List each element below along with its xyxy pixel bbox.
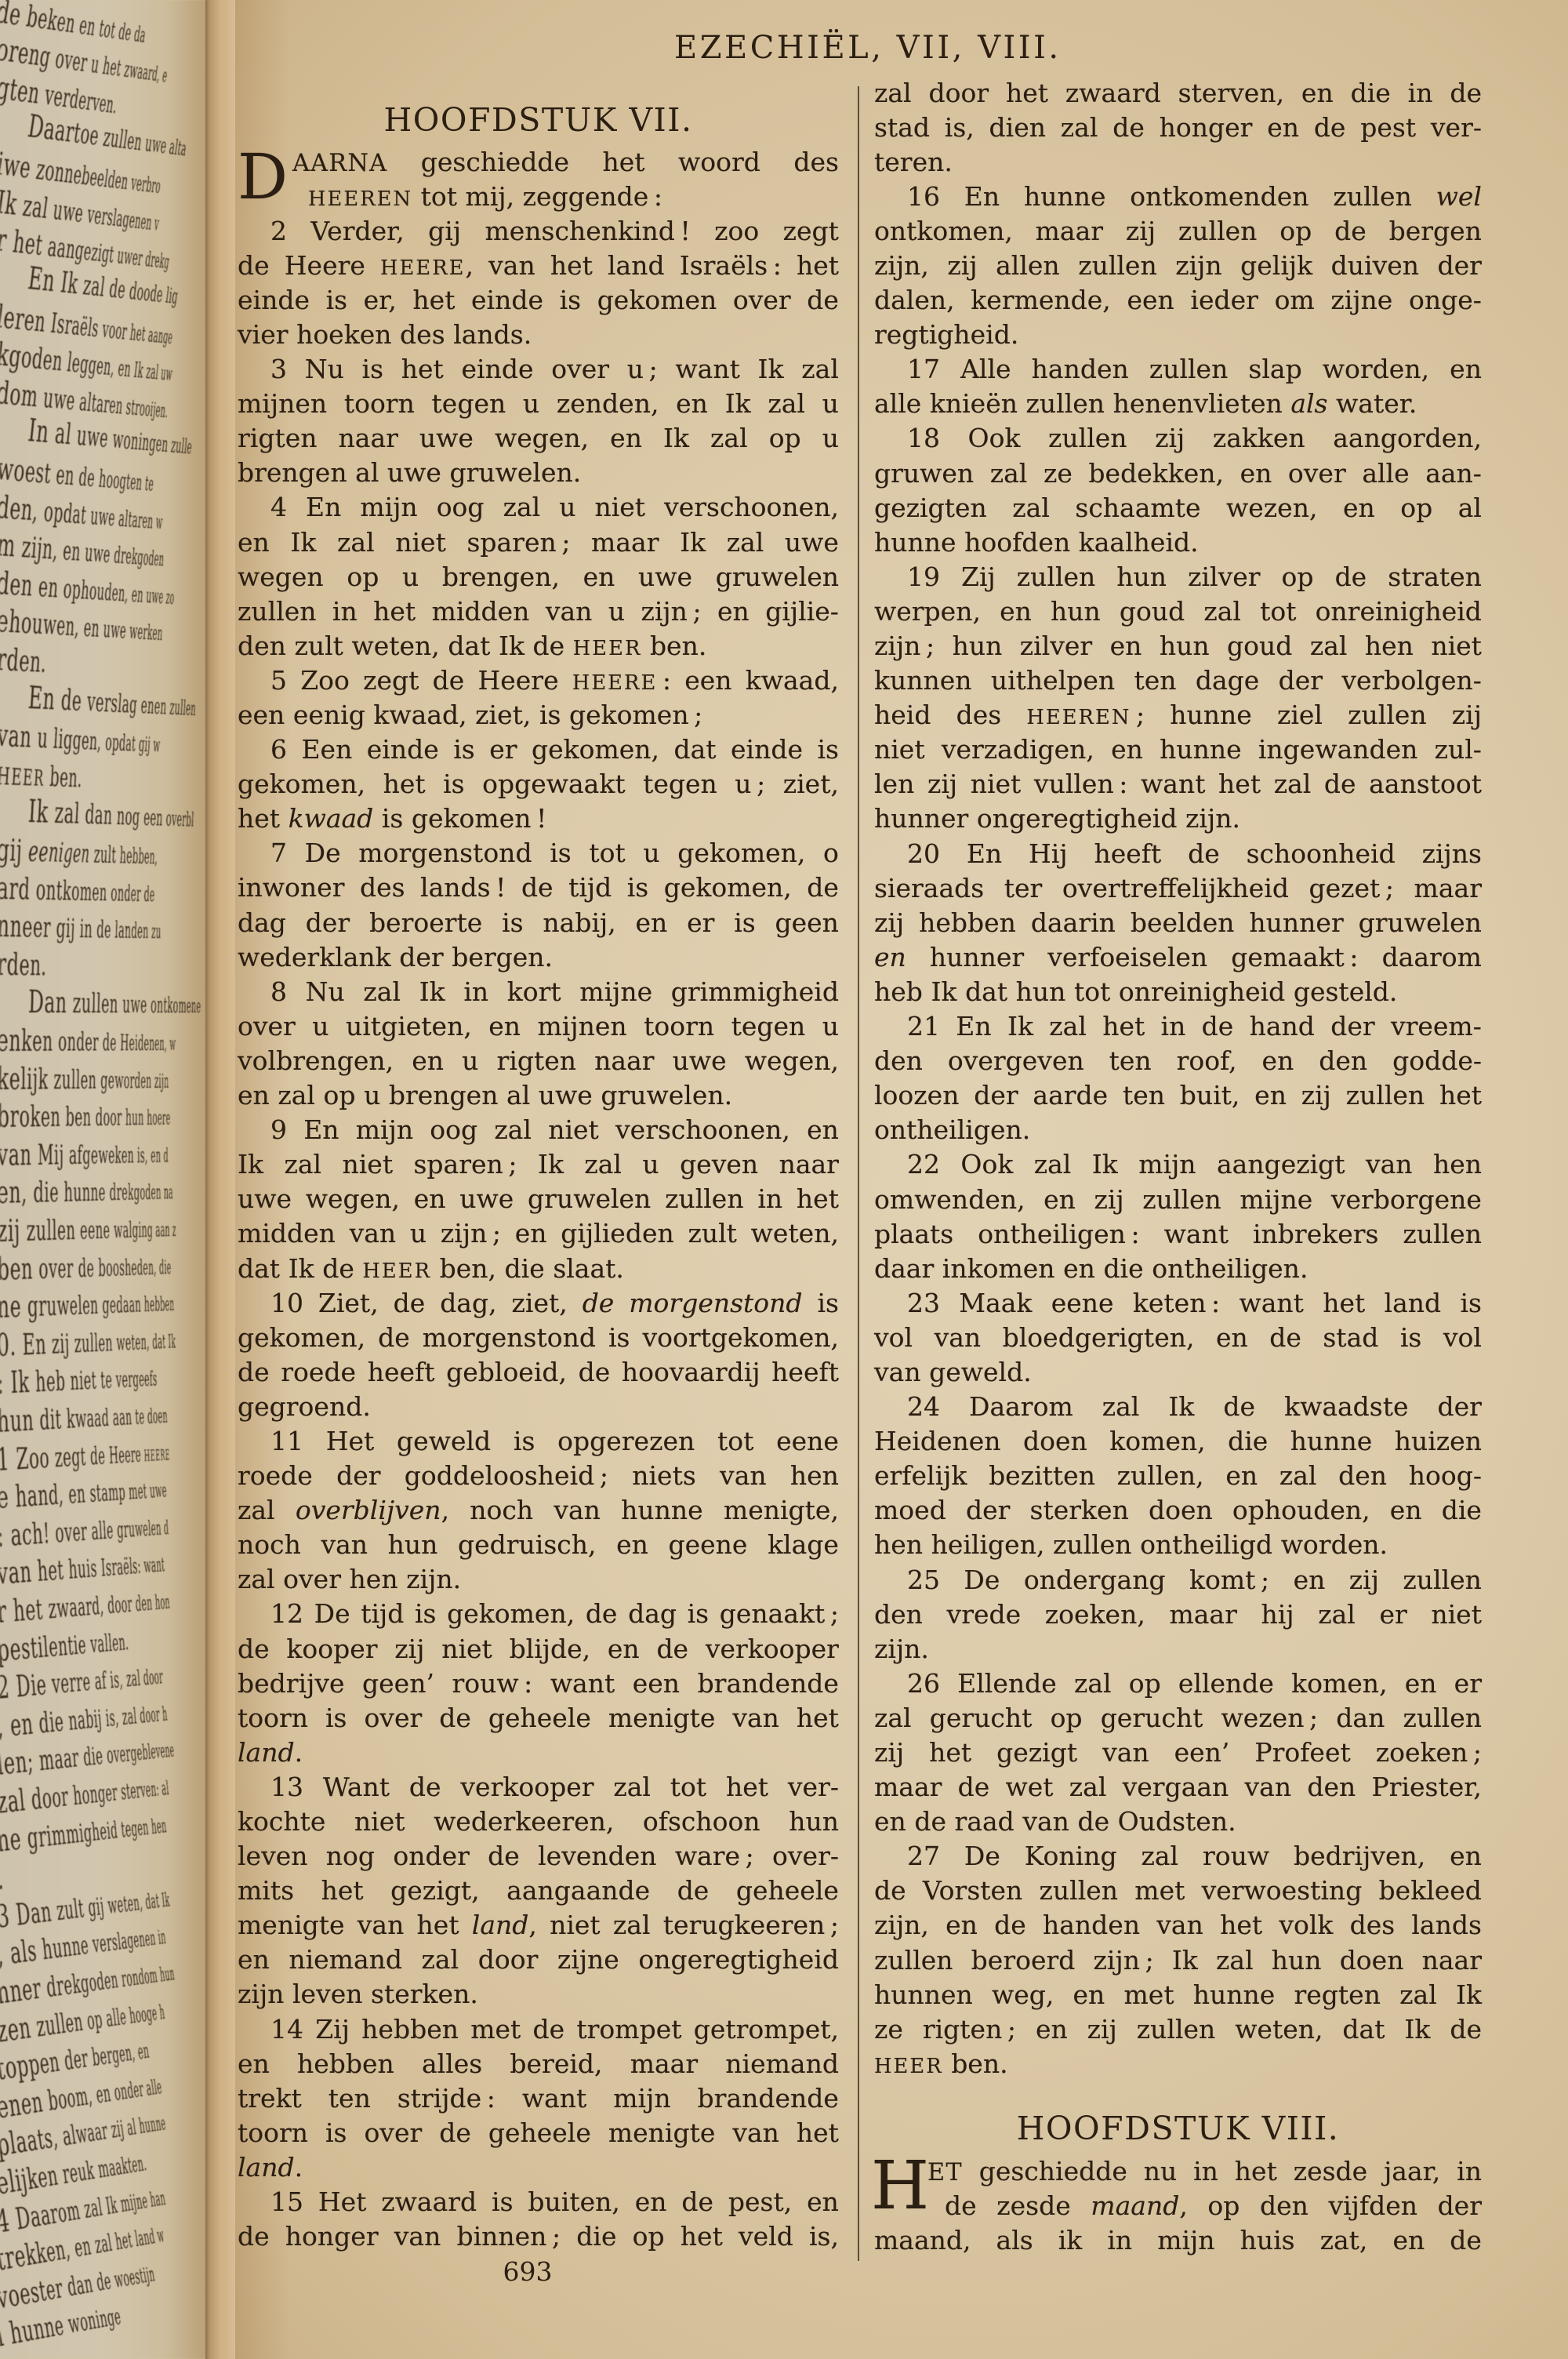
word: sieraads [874,871,984,906]
word: Heidenen, [120,1030,167,1056]
word: en [136,2040,151,2065]
word: zal [20,189,49,225]
word: een [1127,283,1174,318]
word: de [238,1632,270,1667]
word: 3 [270,352,287,387]
word: morgenstond [358,836,532,871]
word: bedekken, [1088,456,1224,491]
word: er [489,732,517,767]
word: de [1450,76,1482,111]
text-line: maand,alsikinmijnhuiszat,ende [874,2223,1482,2258]
word: der [1438,2189,1482,2223]
facing-page: de beken en tot de daoreng over u het zw… [0,0,207,2359]
word: ellende [1178,1667,1274,1701]
word: de [874,1874,906,1908]
text-line: vierhoekendeslands. [238,318,839,352]
word: land [133,2226,156,2252]
text-line: Heidenendoenkomen,diehunnehuizen [874,1424,1482,1459]
word: wel [1436,180,1482,214]
word: einde [471,283,543,318]
word: hunne [41,1932,90,1967]
word: niets [632,1459,696,1493]
text-line: middenvanuzijn ;engijliedenzultweten, [238,1216,839,1251]
word: uwe [419,421,474,456]
word: en [1450,352,1482,387]
word: hun [1016,975,1066,1009]
word: zoo [714,214,759,249]
word: want [1239,1286,1303,1321]
word: 4 [0,2203,12,2240]
word: is [514,1424,535,1459]
word: als [1290,387,1327,421]
word: de [914,1805,946,1839]
word: en [616,1528,648,1562]
word: al [1458,491,1482,525]
word: En [964,180,1000,214]
text-line: dekooperzijnietblijde,endeverkooper [238,1632,839,1667]
text-line: zaldoorhetzwaardsterven,endieinde [874,76,1482,111]
word: hun [1160,629,1210,663]
word: zal [125,1667,141,1692]
word: zwaard [381,2185,477,2219]
word: en [515,1216,547,1251]
word: zat, [1320,2223,1368,2258]
word: want [143,1554,165,1578]
word: Zoo [300,663,350,698]
word: tot [589,836,625,871]
word: zal [874,1701,912,1736]
word: en [635,2185,667,2219]
word: volbrengen, [238,1044,394,1078]
italic-text: land [472,1910,529,1940]
word: en [238,1078,270,1113]
word: d [164,1144,169,1166]
word: niet [70,1367,97,1397]
word: Ook [968,421,1021,456]
word: de [409,1770,441,1805]
verse-start-line: 18Ookzullenzijzakkenaangorden, [874,421,1482,456]
word: 15 [270,2185,303,2219]
word: 8 [270,975,287,1009]
word: w [169,1033,176,1054]
word: u [89,50,101,78]
word: de [78,1254,94,1283]
word: zal [54,796,81,830]
word: vijfden [1328,2189,1417,2223]
word: die [82,1743,104,1772]
word: door [478,1943,539,1977]
word: ingewanden [1258,732,1418,767]
word: de [95,2268,113,2297]
word: onreinigheid [1119,975,1285,1009]
word: 7 [270,836,287,871]
word: allen [996,249,1060,283]
word: ben, [440,1252,496,1286]
facing-page-line: nneer gij in de landen zu [0,907,162,946]
word: al [506,1078,530,1113]
word: kochte [238,1805,325,1839]
word: brengen [238,456,347,490]
word: veld [739,2219,793,2254]
word: zij [874,906,904,940]
word: hebben [361,2012,459,2047]
word: wegen, [495,421,589,456]
word: 18 [907,421,940,456]
text-line: eindeiser,heteindeisgekomenoverde [238,283,839,318]
word: gruwelen. [601,1078,732,1113]
word: Ik [27,794,49,830]
word: die [1351,76,1391,111]
text-line: mitshetgezigt,aangaandedegeheele [238,1874,839,1908]
facing-page-line: e hand, en stamp met uwe [0,1479,167,1518]
word: al [125,2115,138,2141]
word: boom, [46,2081,94,2117]
word: de [945,2189,977,2223]
word: om [1275,283,1315,318]
word: zult [688,1216,736,1251]
word: r [0,222,9,259]
word: zegt [783,214,839,249]
word: der [63,2045,90,2077]
word: der [306,906,350,940]
word: gezigt [996,1736,1077,1770]
word: want [1141,767,1205,801]
facing-page-line: van u liggen, opdat gij w [0,717,161,758]
word: doode [128,278,165,307]
word: h [158,2001,166,2023]
word: menschenkind ! [485,214,690,249]
word: HEER [573,629,642,666]
word: het [1006,76,1048,111]
word: wederkeeren, [434,1805,614,1839]
word: heeft [1094,837,1161,871]
word: de [107,274,127,304]
word: werpen, [874,594,981,629]
word: van [0,1556,32,1592]
word: 11 [270,1424,303,1459]
word: een [633,1667,680,1701]
word: de [1324,767,1356,801]
word: verre [51,1668,92,1700]
word: Ik [1007,1009,1033,1044]
word: sterken [1030,1493,1129,1528]
word: niemand [289,1943,402,1977]
word: ontheiligd [1140,1528,1272,1562]
italic-text: de [583,1288,615,1318]
small-caps-text: HEER [0,762,45,791]
verse-start-line: 23Maakeeneketen :wanthetlandis [874,1286,1482,1321]
word: moed [874,1493,946,1528]
word: uwe [122,990,147,1019]
word: de [439,1701,471,1736]
word: zullen [53,1064,96,1096]
word: Ik [104,2192,119,2219]
verse-start-line: 4Enmijnoogzalunietverschoonen, [238,490,839,525]
word: sparen ; [414,1147,517,1182]
word: vreem- [1391,1009,1482,1044]
word: hunne [1290,1424,1373,1459]
word: Ik [1456,1978,1482,2012]
facing-page-line: . [0,1860,5,1899]
word: omwenden, [874,1183,1025,1217]
word: het [1220,1908,1262,1943]
word: in [157,1926,167,1949]
word: sterven, [1178,76,1284,111]
word: en [238,525,270,560]
word: tegen [120,1816,150,1842]
word: toorn [644,1009,714,1044]
text-line: land. [238,2150,839,2185]
word: 5 [270,663,287,698]
word: 19 [907,560,940,594]
word: ontkomene [151,993,201,1019]
word: en [1225,1459,1258,1493]
word: stamp [89,1480,126,1508]
word: u [523,387,539,421]
word: Zij [315,2012,350,2047]
text-line: zulleninhetmiddenvanuzijn ;engijlie- [238,594,839,629]
word: die [159,1256,172,1279]
word: ziel [1277,698,1323,732]
word: hen [151,1815,168,1838]
word: overtreffelijkheid [1062,871,1289,906]
word: Ik [132,358,144,383]
word: nner [0,1972,43,2012]
word: hoogten [97,465,143,495]
facing-page-line: gij eenigen zult hebben, [0,831,158,870]
text-line: toornisoverdegeheelemenigtevanhet [238,1701,839,1736]
word: rden. [0,947,47,983]
word: nneer [0,908,52,944]
word: ziet, [475,698,531,732]
small-caps-text: HEERE [380,256,465,280]
word: : [0,1365,5,1401]
word: de [433,663,465,698]
word: zullen [238,594,317,629]
word: is, [945,111,975,145]
word: u [402,560,419,594]
word: de [103,1029,117,1056]
facing-page-line: 1 Zoo zegt de Heere HEERE [0,1441,170,1480]
word: len [874,767,914,801]
word: de [1223,1390,1255,1424]
word: een [238,698,285,732]
text-line: gruwenzalzebedekken,enoveralleaan- [874,456,1482,491]
facing-page-line: 2 Die verre af is, zal door [0,1666,164,1708]
word: zijn [1175,249,1221,283]
text-line: uwewegen,enuwegruwelenzulleninhet [238,1182,839,1216]
word: De [305,836,341,871]
word: alle [1362,456,1409,491]
word: des [1350,1908,1396,1943]
word: l [0,2318,6,2354]
word: zal [1274,767,1312,801]
word: De [964,1839,1000,1874]
word: zenden, [557,387,659,421]
word: zegt [363,663,419,698]
word: de [807,283,839,318]
word: de [238,249,270,283]
word: 16 [907,180,940,214]
word: het [321,1874,364,1908]
word: ben [0,1252,33,1288]
word: overblijven, [296,1493,449,1528]
word: die [505,1252,545,1286]
word: maar [1036,214,1103,249]
word: toorn [238,2116,308,2150]
word: den [1260,2189,1308,2223]
word: grimmigheid [671,975,839,1009]
word: kooper [286,1632,377,1667]
word: zwaard, [47,1593,104,1626]
chapter-heading-vii: HOOFDSTUK VII. [238,100,839,140]
word: zullen [1137,2012,1216,2047]
word: is [492,2185,514,2219]
word: HEEREN ; [1026,698,1145,735]
word: dat [152,1330,166,1353]
word: bedrijve [238,1667,345,1701]
word: Ziet, [318,1286,379,1321]
text-line: eeneenigkwaad,ziet,isgekomen ; [238,698,839,732]
word: ben. [650,629,706,663]
word: door [143,1666,164,1690]
word: verwoesting [1202,1874,1363,1908]
word: Heere [285,249,365,283]
word: slap [1248,352,1301,387]
word: het [726,1770,768,1805]
word: hunne [1160,732,1242,767]
word: en [1110,629,1142,663]
word: dat [238,1252,280,1286]
word: der [1330,1009,1374,1044]
word: zal [801,352,839,387]
word: zullen [1403,1563,1482,1598]
word: zal [93,2230,114,2259]
word: zij [874,1736,904,1770]
text-line: zalgeruchtopgeruchtwezen ;danzullen [874,1701,1482,1736]
word: het [383,767,426,801]
word: en [1262,1044,1294,1078]
word: den [1338,1459,1387,1493]
word: brandende [698,1667,839,1701]
word: het [602,145,644,180]
word: zal [1049,1009,1087,1044]
word: erfelijk [874,1459,967,1493]
word: den [135,1591,153,1616]
word: geweld. [929,1355,1032,1390]
word: ontkomen, [874,214,1013,249]
word: is [560,283,582,318]
word: gekomen, [677,836,805,871]
word: gezigt, [390,1874,479,1908]
word: HEERE [143,1442,170,1466]
word: strooijen. [125,394,169,422]
word: hen [1433,1147,1482,1182]
word: in [757,1182,782,1216]
word: der [966,1493,1010,1528]
word: niet [971,767,1022,801]
word: Ik [758,352,784,387]
word: het [797,249,839,283]
word: Alle [960,352,1011,387]
word: en [55,460,76,492]
text-line: rigtennaaruwewegen,enIkzalopu [238,421,839,456]
word: van [720,1459,767,1493]
word: hunner [930,940,1024,975]
chapter-heading-viii: HOOFDSTUK VIII. [874,2109,1482,2148]
word: kaalheid. [1079,525,1199,560]
word: buiten, [528,2185,619,2219]
word: gruwelen [116,1517,162,1543]
word: nog [326,1839,375,1874]
word: mijn [1157,2223,1214,2258]
word: kwaadste [1284,1390,1408,1424]
word: pestilentie [0,1630,87,1669]
text-line: sieraadsterovertreffelijkheidgezet ;maar [874,871,1482,906]
facing-page-line: r het zwaard, door den hon [0,1590,171,1631]
word: en [608,1632,640,1667]
word: uwe [673,1044,727,1078]
word: en [1450,1839,1482,1874]
word: Ik [168,1331,176,1353]
word: de [807,871,839,905]
word: Ik [538,1147,564,1182]
facing-page-line: woest en de hoogten te [0,450,154,496]
column-divider [858,86,859,2261]
word: hoeken [296,318,391,352]
word: Dan [14,1896,53,1932]
word: en [676,387,708,421]
word: verfoeiselen [1047,940,1207,975]
word: de [579,1355,611,1390]
word: drekg [144,248,171,273]
word: zal [1141,1839,1178,1874]
word: is [1400,1321,1422,1355]
word: het [13,1594,44,1629]
word: de [1334,214,1367,249]
word: In [27,413,51,449]
word: zullen [1053,1528,1132,1562]
word: regtigheid. [874,318,1018,352]
word: tot [1260,594,1296,629]
word: is [550,836,572,871]
word: doen [147,1405,168,1429]
word: jaar, [1384,2154,1440,2189]
word: sterven: [120,1778,160,1805]
word: zullen [1040,1874,1119,1908]
word: de [533,629,565,663]
facing-page-line: Dan zullen uwe ontkomene [27,983,201,1022]
word: han [148,2187,166,2212]
word: hebben [143,1293,174,1317]
word: van [350,1216,397,1251]
word: naar [594,1044,654,1078]
word: zij [394,1632,424,1667]
word: is [362,352,384,387]
left-column: DAARNAgeschieddehetwoorddesHEERENtotmij,… [238,145,839,2255]
running-head: EZECHIËL, VII, VIII. [674,32,1051,64]
word: het [101,53,123,82]
word: Priester, [1371,1770,1481,1805]
word: zijn ; [641,594,701,629]
word: zwaard, [122,57,162,86]
word: door [30,1782,70,1816]
word: zulle [170,434,193,459]
word: van [1245,1770,1292,1805]
word: het [37,1555,65,1588]
word: nabij, [543,906,615,940]
word: ET [927,2154,963,2190]
